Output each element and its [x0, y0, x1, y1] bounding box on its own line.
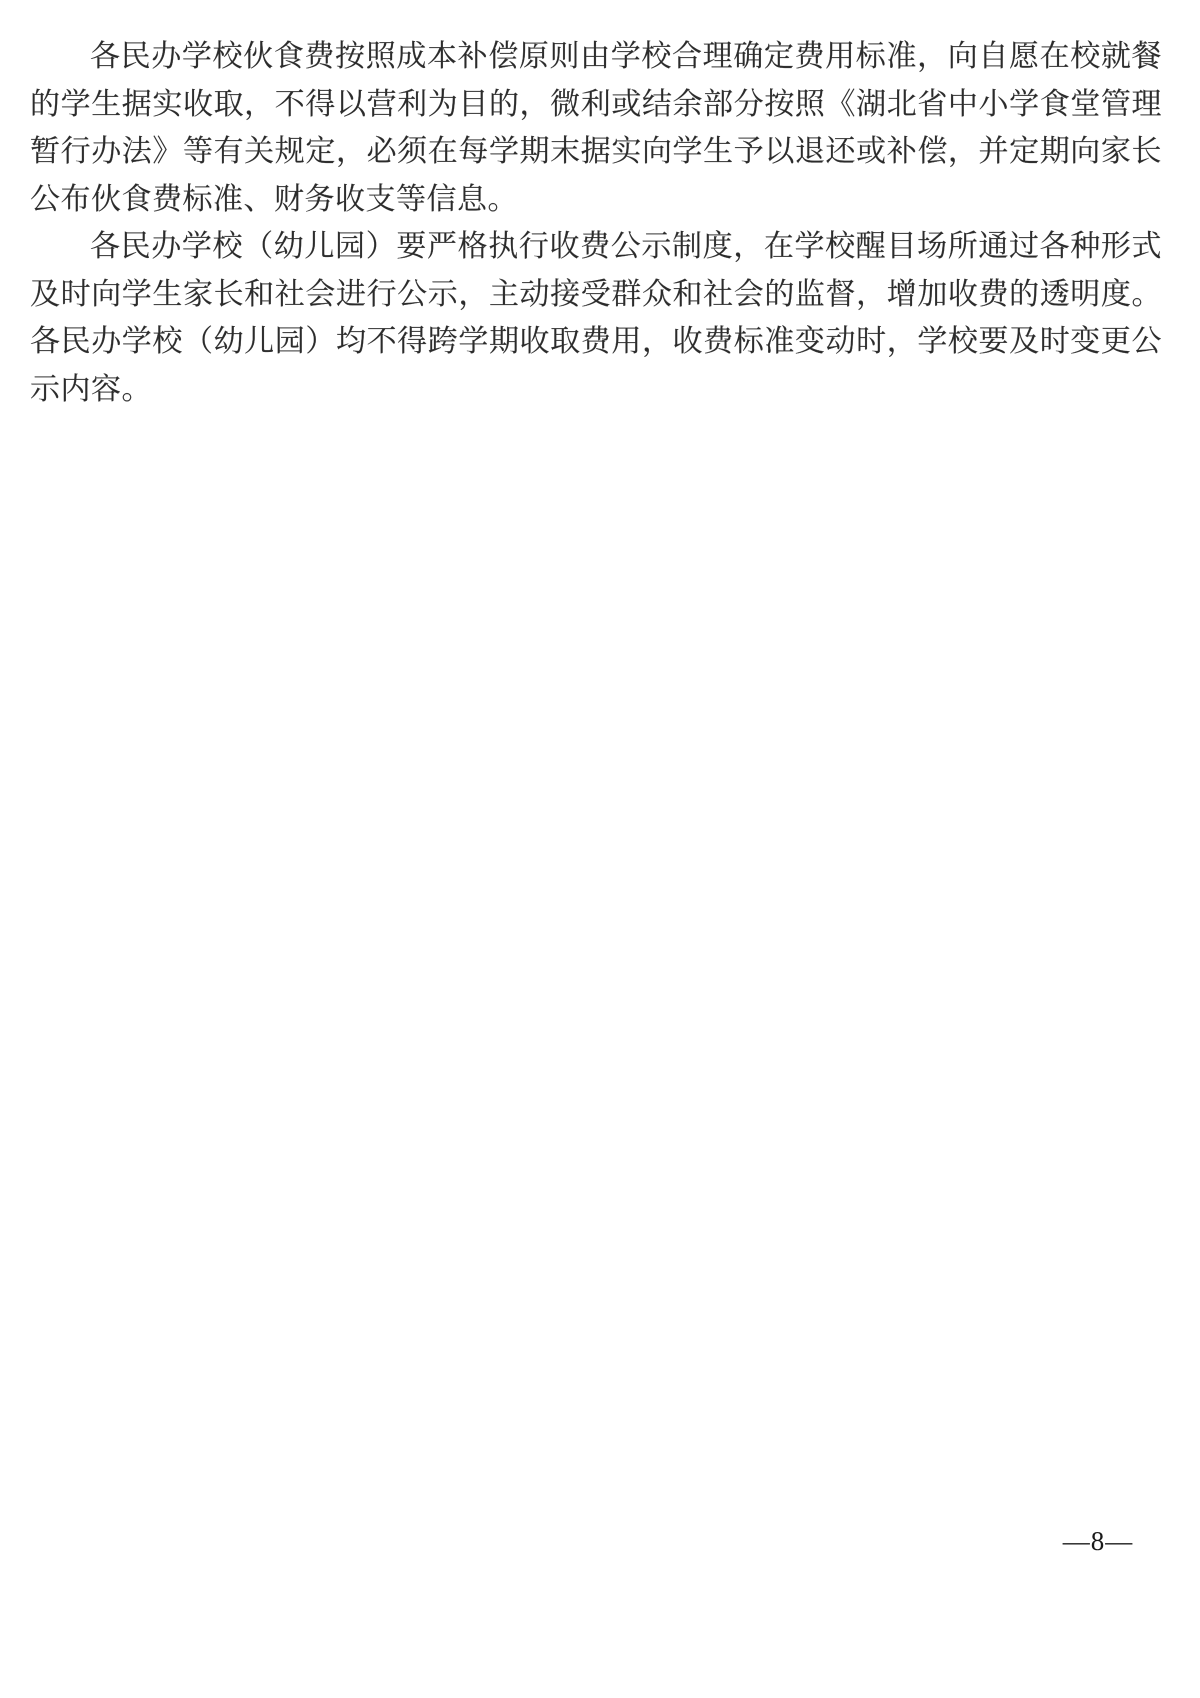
page-number: —8—: [1058, 1524, 1138, 1558]
document-page: 各民办学校伙食费按照成本补偿原则由学校合理确定费用标准，向自愿在校就餐的学生据实…: [0, 0, 1200, 1698]
document-body: 各民办学校伙食费按照成本补偿原则由学校合理确定费用标准，向自愿在校就餐的学生据实…: [30, 33, 1162, 413]
paragraph-fee-publicity: 各民办学校（幼儿园）要严格执行收费公示制度，在学校醒目场所通过各种形式及时向学生…: [30, 223, 1162, 413]
paragraph-meal-fees: 各民办学校伙食费按照成本补偿原则由学校合理确定费用标准，向自愿在校就餐的学生据实…: [30, 33, 1162, 223]
